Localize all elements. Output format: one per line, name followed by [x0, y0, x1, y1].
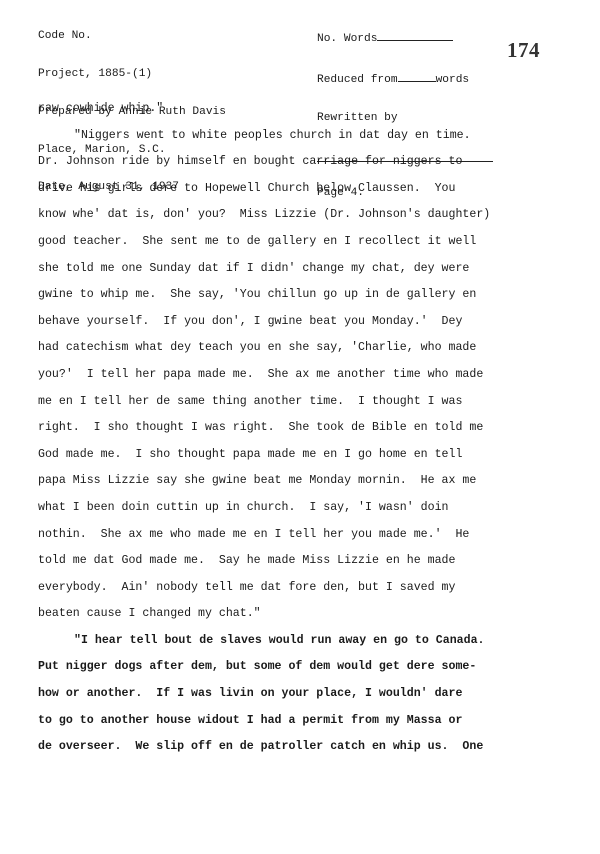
text-line: you?' I tell her papa made me. She ax me… — [38, 362, 558, 389]
transcript-body: raw cowhide whip.""Niggers went to white… — [38, 96, 558, 761]
text-line: God made me. I sho thought papa made me … — [38, 442, 558, 469]
text-line: de overseer. We slip off en de patroller… — [38, 734, 558, 761]
text-line: had catechism what dey teach you en she … — [38, 335, 558, 362]
text-line: gwine to whip me. She say, 'You chillun … — [38, 282, 558, 309]
text-line: papa Miss Lizzie say she gwine beat me M… — [38, 468, 558, 495]
project-label: Project, 1885-(1) — [38, 68, 226, 81]
text-line: right. I sho thought I was right. She to… — [38, 415, 558, 442]
text-line: Dr. Johnson ride by himself en bought ca… — [38, 149, 558, 176]
reduced-from-blank — [398, 71, 436, 82]
text-line: behave yourself. If you don', I gwine be… — [38, 309, 558, 336]
no-words-row: No. Words — [317, 30, 493, 46]
text-line: nothin. She ax me who made me en I tell … — [38, 522, 558, 549]
text-line: told me dat God made me. Say he made Mis… — [38, 548, 558, 575]
text-line: know whe' dat is, don' you? Miss Lizzie … — [38, 202, 558, 229]
text-line: "Niggers went to white peoples church in… — [38, 123, 558, 150]
text-line: me en I tell her de same thing another t… — [38, 389, 558, 416]
text-line: raw cowhide whip." — [38, 96, 558, 123]
text-line: everybody. Ain' nobody tell me dat fore … — [38, 575, 558, 602]
text-line: how or another. If I was livin on your p… — [38, 681, 558, 708]
no-words-label: No. Words — [317, 33, 377, 45]
text-line: beaten cause I changed my chat." — [38, 601, 558, 628]
text-line: to go to another house widout I had a pe… — [38, 708, 558, 735]
code-no-label: Code No. — [38, 30, 226, 43]
text-line: Put nigger dogs after dem, but some of d… — [38, 654, 558, 681]
no-words-blank — [377, 30, 453, 41]
text-line: she told me one Sunday dat if I didn' ch… — [38, 256, 558, 283]
text-line: good teacher. She sent me to de gallery … — [38, 229, 558, 256]
reduced-words-label: words — [436, 74, 470, 86]
text-line: drive his girls dere to Hopewell Church … — [38, 176, 558, 203]
text-line: "I hear tell bout de slaves would run aw… — [38, 628, 558, 655]
reduced-from-label: Reduced from — [317, 74, 398, 86]
reduced-from-row: Reduced fromwords — [317, 71, 493, 87]
page-number-stamp: 174 — [507, 38, 540, 63]
text-line: what I been doin cuttin up in church. I … — [38, 495, 558, 522]
